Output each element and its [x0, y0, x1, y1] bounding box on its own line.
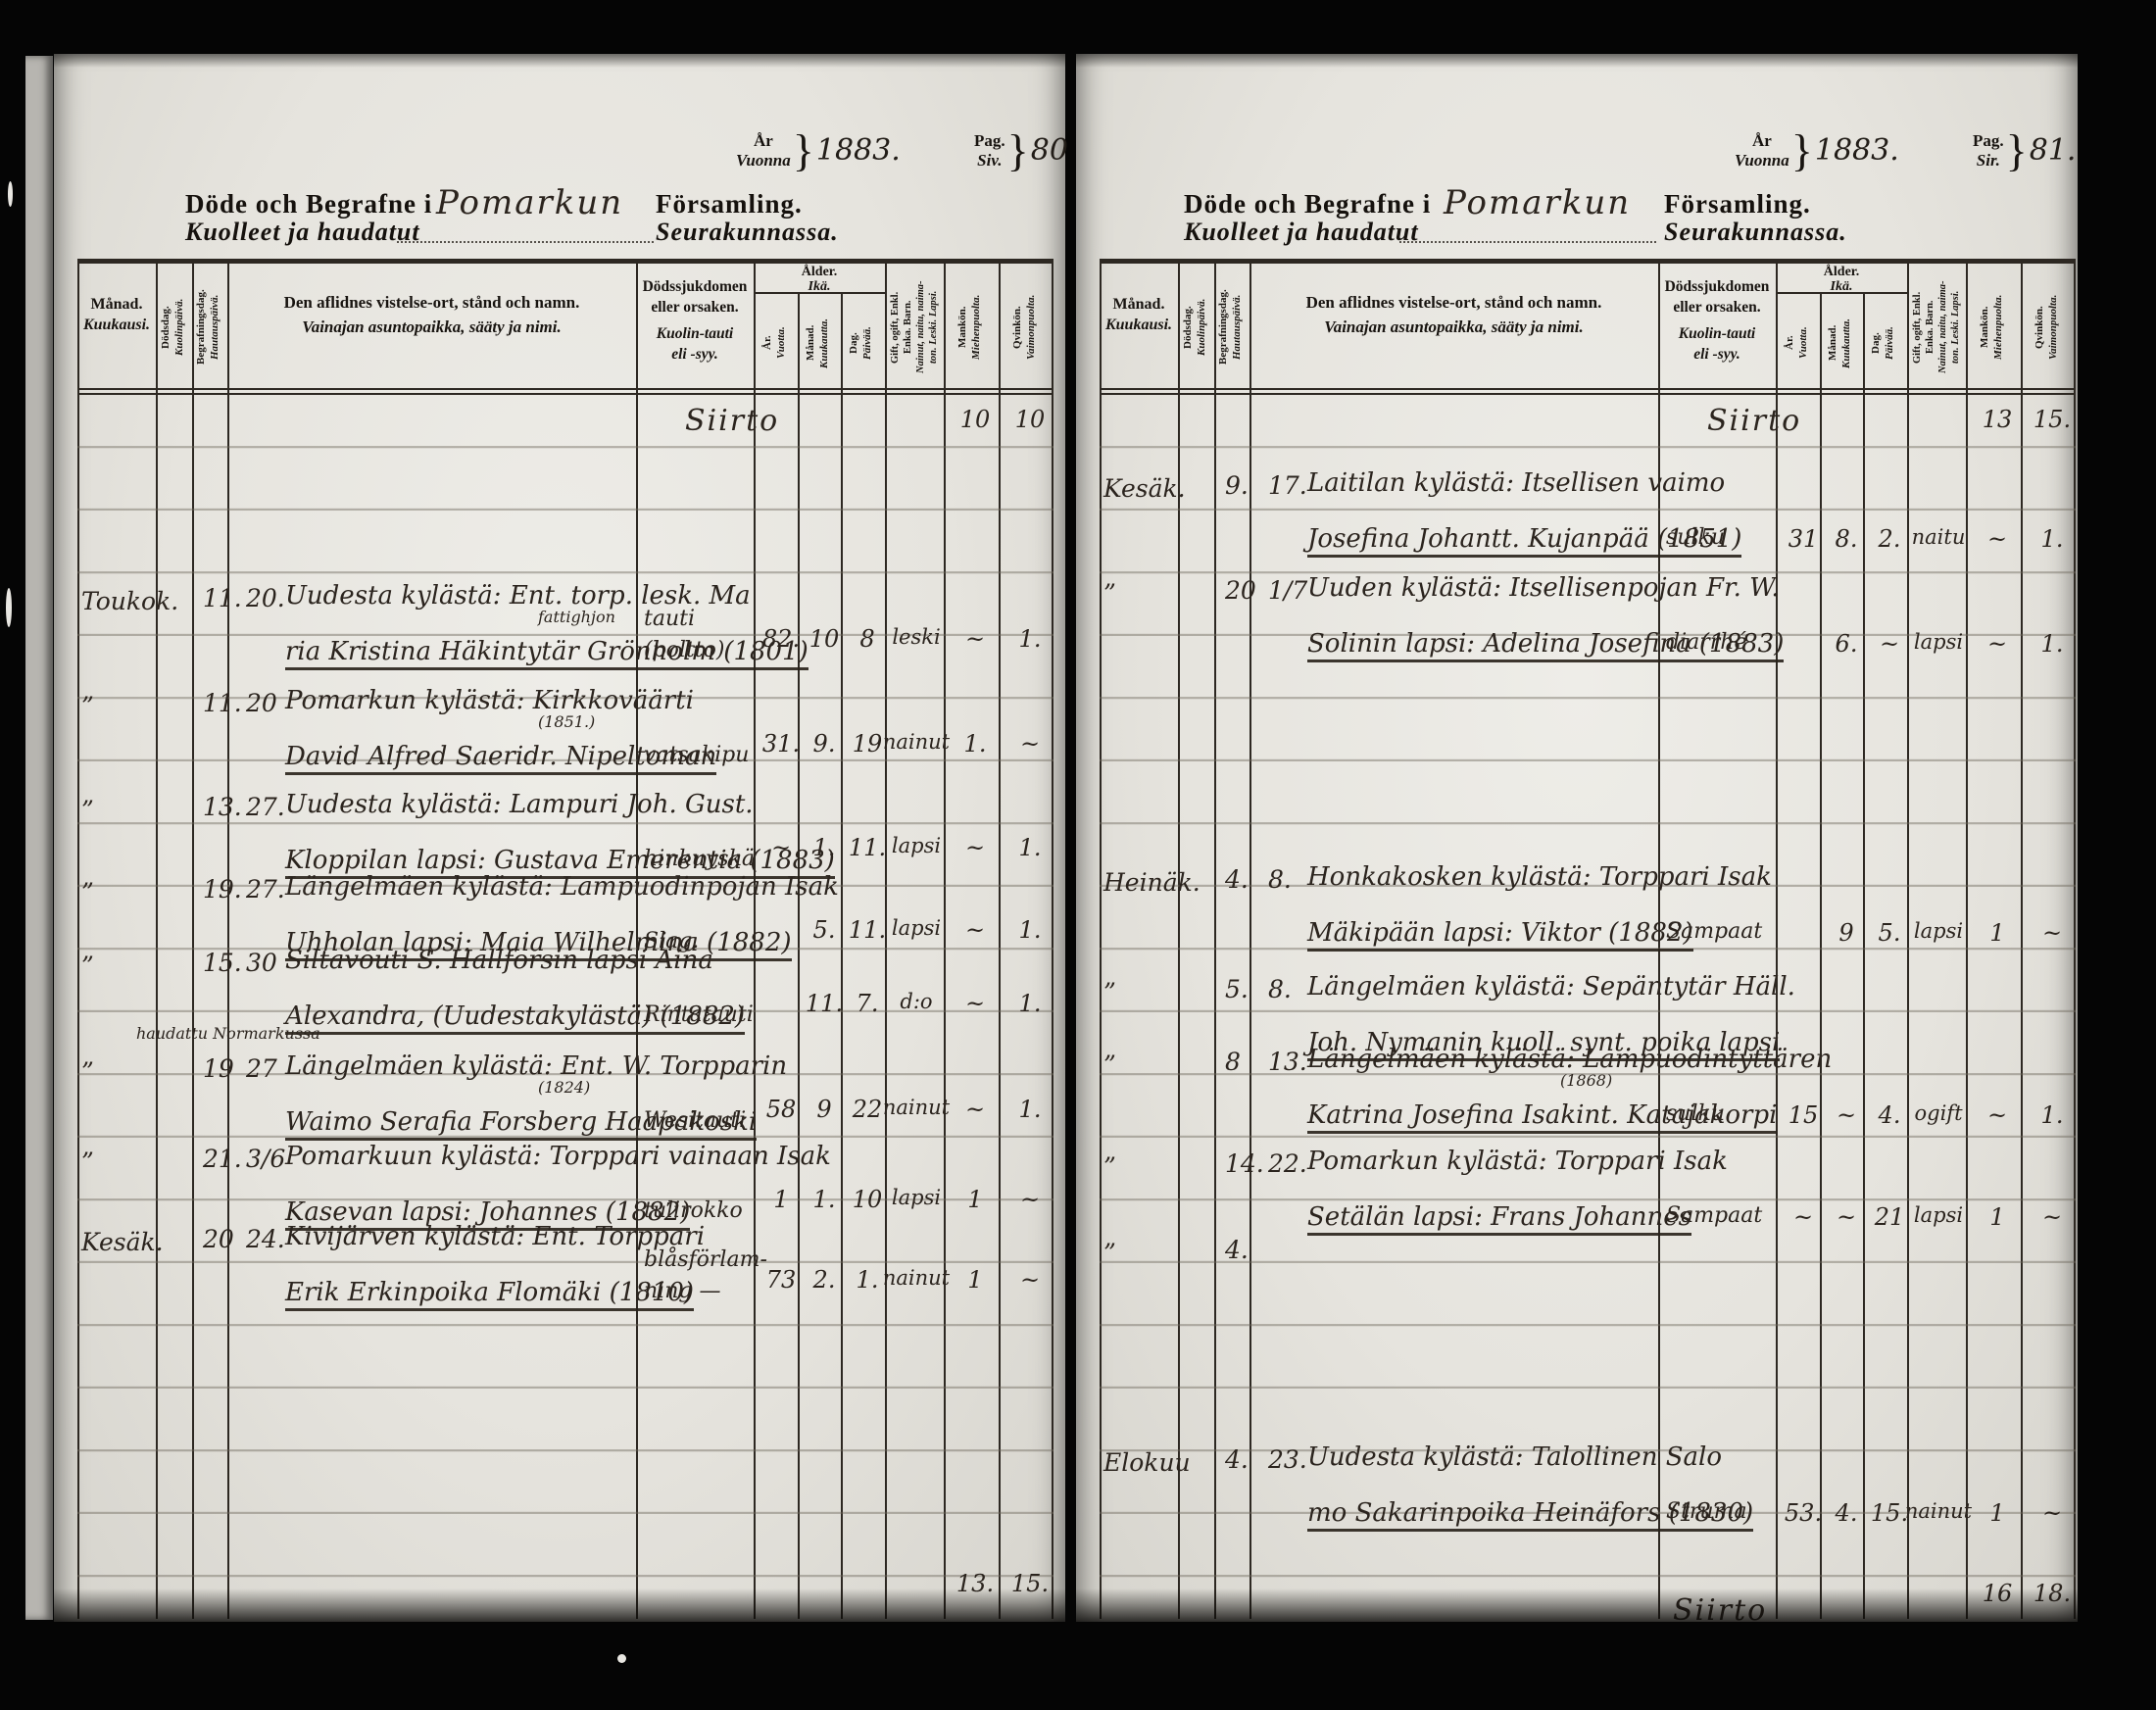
entry-burial-day: 17. — [1268, 471, 1307, 500]
entry-age-days: 11. — [849, 834, 886, 861]
entry-month: ” — [81, 952, 94, 980]
entry-age-years: 31 — [1788, 525, 1819, 553]
entry-female-mark: ~ — [2042, 919, 2062, 947]
entry-death-day: 21. — [203, 1145, 242, 1173]
entry-death-day: 13. — [203, 793, 242, 821]
entry-age-years: 53. — [1785, 1499, 1822, 1527]
entry-female-mark: 1. — [2041, 525, 2064, 553]
entry-male-mark: ~ — [965, 834, 985, 861]
entry-male-mark: 1 — [967, 1266, 982, 1294]
entry-age-years: 58 — [766, 1096, 797, 1123]
entry-month: ” — [81, 1057, 94, 1086]
entry-cause-line2: Sampaat — [1666, 1203, 1762, 1228]
entry-burial-day: 27. — [246, 793, 285, 821]
entry-burial-day: 13. — [1268, 1048, 1307, 1076]
total-female-count: 15. — [1011, 1570, 1049, 1597]
entry-burial-day: 30 — [246, 949, 277, 977]
entry-female-mark: 1. — [1019, 1096, 1042, 1123]
siirto-female-count: 10 — [1015, 406, 1046, 433]
entry-death-day: 19. — [203, 875, 242, 904]
entry-burial-day: 3/6 — [246, 1145, 285, 1173]
entry-burial-day: 20. — [246, 584, 285, 612]
entry-male-mark: ~ — [1987, 1101, 2007, 1129]
entry-text-line1: Honkakosken kylästä: Torppari Isak — [1307, 862, 1772, 892]
entry-death-day: 11. — [203, 584, 242, 612]
entry-age-days: 1. — [857, 1266, 879, 1294]
entry-cause-line1: tauti — [644, 607, 695, 631]
entry-age-months: 8. — [1836, 525, 1858, 553]
entry-text-line1: Kivijärven kylästä: Ent. Torppari — [285, 1222, 705, 1251]
entry-male-mark: ~ — [965, 1096, 985, 1123]
entry-age-years: ~ — [771, 834, 791, 861]
total-male-count: 16 — [1983, 1580, 2013, 1607]
entry-age-months: ~ — [1837, 1203, 1856, 1231]
entry-age-days: 7. — [857, 990, 879, 1017]
entry-death-day: 15. — [203, 949, 242, 977]
entry-text-line1: Pomarkun kylästä: Torppari Isak — [1307, 1147, 1728, 1176]
entry-age-days: 5. — [1879, 919, 1901, 947]
entry-age-days: ~ — [1880, 630, 1899, 658]
entry-age-days: 21 — [1875, 1203, 1905, 1231]
entry-death-day: 20 — [1225, 576, 1256, 605]
entry-male-mark: ~ — [965, 625, 985, 653]
entry-text-line2: ria Kristina Häkintytär Grönholm (1801) — [285, 637, 808, 670]
entry-age-months: 10 — [809, 625, 840, 653]
entry-age-months: 5. — [813, 916, 836, 944]
entry-text-line2: Setälän lapsi: Frans Johannes — [1307, 1202, 1691, 1236]
entry-month: Heinäk. — [1103, 868, 1200, 897]
entry-female-mark: ~ — [1020, 730, 1040, 757]
entry-burial-day: 27. — [246, 875, 285, 904]
entry-female-mark: 1. — [2041, 1101, 2064, 1129]
entry-burial-day: 8. — [1268, 975, 1292, 1003]
entry-civil-status: lapsi — [892, 916, 941, 940]
entry-age-months: ~ — [1837, 1101, 1856, 1129]
scan-scratch — [6, 588, 12, 627]
entry-civil-status: nainut — [883, 1266, 950, 1290]
entry-civil-status: lapsi — [892, 1186, 941, 1209]
entry-civil-status: nainut — [883, 730, 950, 754]
entry-male-mark: ~ — [1987, 525, 2007, 553]
entry-female-mark: 1. — [1019, 834, 1042, 861]
entry-age-days: 15. — [1871, 1499, 1908, 1527]
entry-cause-line2: vatsakipu — [644, 743, 749, 767]
entry-month: ” — [81, 692, 94, 720]
siirto-carryover-label: Siirto — [1707, 404, 1801, 438]
entry-civil-status: d:o — [900, 990, 932, 1013]
scan-scratch — [8, 181, 13, 207]
entry-age-months: 11. — [806, 990, 843, 1017]
entry-civil-status: naitu — [1912, 525, 1966, 549]
entry-month: Elokuu — [1103, 1448, 1191, 1477]
entry-cause-line2: ning — — [644, 1279, 720, 1303]
entry-cause-line2: sulku — [1666, 525, 1725, 550]
entry-civil-status: lapsi — [1914, 630, 1963, 654]
entry-female-mark: 1. — [2041, 630, 2064, 658]
entry-death-day: 5. — [1225, 975, 1249, 1003]
entry-cause-line2: (poltto) — [644, 638, 724, 662]
entry-death-day: 20 — [203, 1225, 234, 1253]
entry-month: ” — [81, 878, 94, 906]
entry-burial-day: 8. — [1268, 865, 1292, 894]
entry-month: ” — [1103, 1050, 1116, 1079]
entry-text-line1: Laitilan kylästä: Itsellisen vaimo — [1307, 468, 1725, 498]
entry-age-days: 11. — [849, 916, 886, 944]
entry-male-mark: 1 — [1989, 1499, 2004, 1527]
siirto-female-count: 15. — [2033, 406, 2071, 433]
entry-civil-status: nainut — [1905, 1499, 1972, 1523]
page-right: ÅrVuonna } 1883. Pag.Sir. } 81. Döde och… — [1076, 54, 2078, 1622]
entry-age-days: 10 — [853, 1186, 883, 1213]
entry-age-months: 1. — [813, 834, 836, 861]
entry-cause-line2: Rintatauti — [644, 1002, 754, 1027]
entry-burial-day: 20 — [246, 689, 277, 717]
entry-age-months: 2. — [813, 1266, 836, 1294]
entry-female-mark: ~ — [2042, 1499, 2062, 1527]
entry-age-years: 31. — [762, 730, 800, 757]
entry-text-line1: Längelmäen kylästä: Lampuodinpojan Isak — [285, 872, 839, 902]
entry-female-mark: ~ — [2042, 1203, 2062, 1231]
entry-civil-status: leski — [892, 625, 940, 649]
entry-month: ” — [1103, 1239, 1116, 1267]
entry-text-line1: Längelmäen kylästä: Sepäntytär Häll. — [1307, 972, 1795, 1002]
entry-death-day: 14. — [1225, 1149, 1264, 1178]
entry-burial-day: 22. — [1268, 1149, 1307, 1178]
entry-burial-day: 1/7 — [1268, 576, 1307, 605]
entry-female-mark: 1. — [1019, 916, 1042, 944]
entry-age-months: 1. — [813, 1186, 836, 1213]
entry-age-days: 4. — [1879, 1101, 1901, 1129]
entry-month: ” — [81, 796, 94, 824]
entry-age-months: 6. — [1836, 630, 1858, 658]
siirto-male-count: 10 — [960, 406, 991, 433]
entry-female-mark: 1. — [1019, 990, 1042, 1017]
siirto-carryover-label: Siirto — [685, 404, 779, 438]
entry-age-months: 9 — [816, 1096, 831, 1123]
entry-civil-status: lapsi — [1914, 919, 1963, 943]
total-female-count: 18. — [2033, 1580, 2071, 1607]
entry-death-day: 19 — [203, 1054, 234, 1083]
entry-age-days: 2. — [1879, 525, 1901, 553]
entry-male-mark: 1 — [967, 1186, 982, 1213]
entry-male-mark: 1 — [1989, 919, 2004, 947]
entry-text-line1: Pomarkuun kylästä: Torppari vainaan Isak — [285, 1142, 831, 1171]
entry-age-years: 15 — [1788, 1101, 1819, 1129]
entry-death-day: 9. — [1225, 471, 1249, 500]
entry-death-day: 8 — [1225, 1048, 1241, 1076]
entry-cause-line2: diarrhé — [1666, 630, 1746, 655]
entry-month: ” — [1103, 1152, 1116, 1181]
entry-age-months: 9 — [1838, 919, 1853, 947]
entry-male-mark: ~ — [965, 916, 985, 944]
entry-cause-line2: sulku — [1666, 1101, 1725, 1126]
entry-age-years: 82. — [762, 625, 800, 653]
entry-text-line1: Uuden kylästä: Itsellisenpojan Fr. W. — [1307, 573, 1780, 603]
entry-margin-note: fattighjon — [538, 608, 615, 626]
entry-month: ” — [1103, 579, 1116, 608]
entry-text-line1: Uudesta kylästä: Talollinen Salo — [1307, 1442, 1722, 1472]
entry-margin-note: (1868) — [1560, 1071, 1612, 1090]
entry-text-line2: Erik Erkinpoika Flomäki (1810) — [285, 1278, 694, 1311]
scanned-register-spread: ÅrVuonna } 1883. Pag.Siv. } 80 Döde och … — [0, 0, 2156, 1710]
handwritten-entries: Siirto1010Toukok.11.20.Uudesta kylästä: … — [77, 54, 1053, 1622]
entry-death-day: 11. — [203, 689, 242, 717]
entry-age-days: 22 — [853, 1096, 883, 1123]
entry-male-mark: ~ — [965, 990, 985, 1017]
entry-text-line2: Mäkipään lapsi: Viktor (1882) — [1307, 918, 1693, 952]
entry-male-mark: 1. — [964, 730, 987, 757]
entry-death-day: 4. — [1225, 865, 1249, 894]
handwritten-entries: Siirto1315.Kesäk.9.17.Laitilan kylästä: … — [1100, 54, 2076, 1622]
entry-female-mark: ~ — [1020, 1186, 1040, 1213]
entry-margin-note: (1851.) — [538, 712, 595, 731]
entry-civil-status: lapsi — [892, 834, 941, 857]
scan-edge-strip — [25, 56, 53, 1620]
entry-month: ” — [81, 1148, 94, 1176]
entry-age-months: 9. — [813, 730, 836, 757]
entry-cause-line2: Wesitauti — [644, 1108, 746, 1133]
entry-death-day: 4. — [1225, 1445, 1249, 1474]
entry-cause-line2: Sampaat — [1666, 919, 1762, 944]
entry-male-mark: 1 — [1989, 1203, 2004, 1231]
entry-text-line1: Siltavouti S. Hallforsin lapsi Aina — [285, 946, 713, 975]
siirto-male-count: 13 — [1983, 406, 2013, 433]
entry-death-day: 4. — [1225, 1236, 1249, 1264]
entry-civil-status: nainut — [883, 1096, 950, 1119]
total-male-count: 13. — [956, 1570, 994, 1597]
entry-age-years: 1 — [773, 1186, 788, 1213]
entry-civil-status: lapsi — [1914, 1203, 1963, 1227]
entry-text-line1: Längelmäen kylästä: Lampuodintyttären — [1307, 1045, 1832, 1074]
entry-female-mark: 1. — [1019, 625, 1042, 653]
entry-month: ” — [1103, 978, 1116, 1006]
entry-civil-status: ogift — [1914, 1101, 1962, 1125]
siirto-bottom-label: Siirto — [1673, 1593, 1767, 1628]
page-left: ÅrVuonna } 1883. Pag.Siv. } 80 Döde och … — [54, 54, 1065, 1622]
entry-age-days: 8 — [859, 625, 874, 653]
entry-month: Toukok. — [81, 587, 178, 615]
entry-age-years: 73 — [766, 1266, 797, 1294]
entry-text-line1: Pomarkun kylästä: Kirkkoväärti — [285, 686, 694, 715]
entry-female-mark: ~ — [1020, 1266, 1040, 1294]
entry-cause-line2: Struma — [1666, 1499, 1747, 1524]
entry-age-years: ~ — [1793, 1203, 1813, 1231]
entry-male-mark: ~ — [1987, 630, 2007, 658]
entry-text-line1: Längelmäen kylästä: Ent. W. Torpparin — [285, 1051, 787, 1081]
entry-cause-line2: hinkuyskä — [644, 847, 755, 871]
entry-text-line1: Uudesta kylästä: Lampuri Joh. Gust. — [285, 790, 754, 819]
entry-age-months: 4. — [1836, 1499, 1858, 1527]
entry-month: Kesäk. — [81, 1228, 164, 1256]
entry-burial-day: 23. — [1268, 1445, 1307, 1474]
entry-margin-note: (1824) — [538, 1078, 590, 1097]
entry-cause-line2: tulirokko — [644, 1198, 743, 1223]
entry-burial-day: 27 — [246, 1054, 277, 1083]
scan-speck — [617, 1654, 626, 1663]
entry-age-days: 19 — [853, 730, 883, 757]
entry-burial-day: 24. — [246, 1225, 285, 1253]
entry-note-below: haudattu Normarkussa — [136, 1024, 320, 1043]
entry-cause-line1: blåsförlam- — [644, 1247, 767, 1272]
entry-month: Kesäk. — [1103, 474, 1186, 503]
